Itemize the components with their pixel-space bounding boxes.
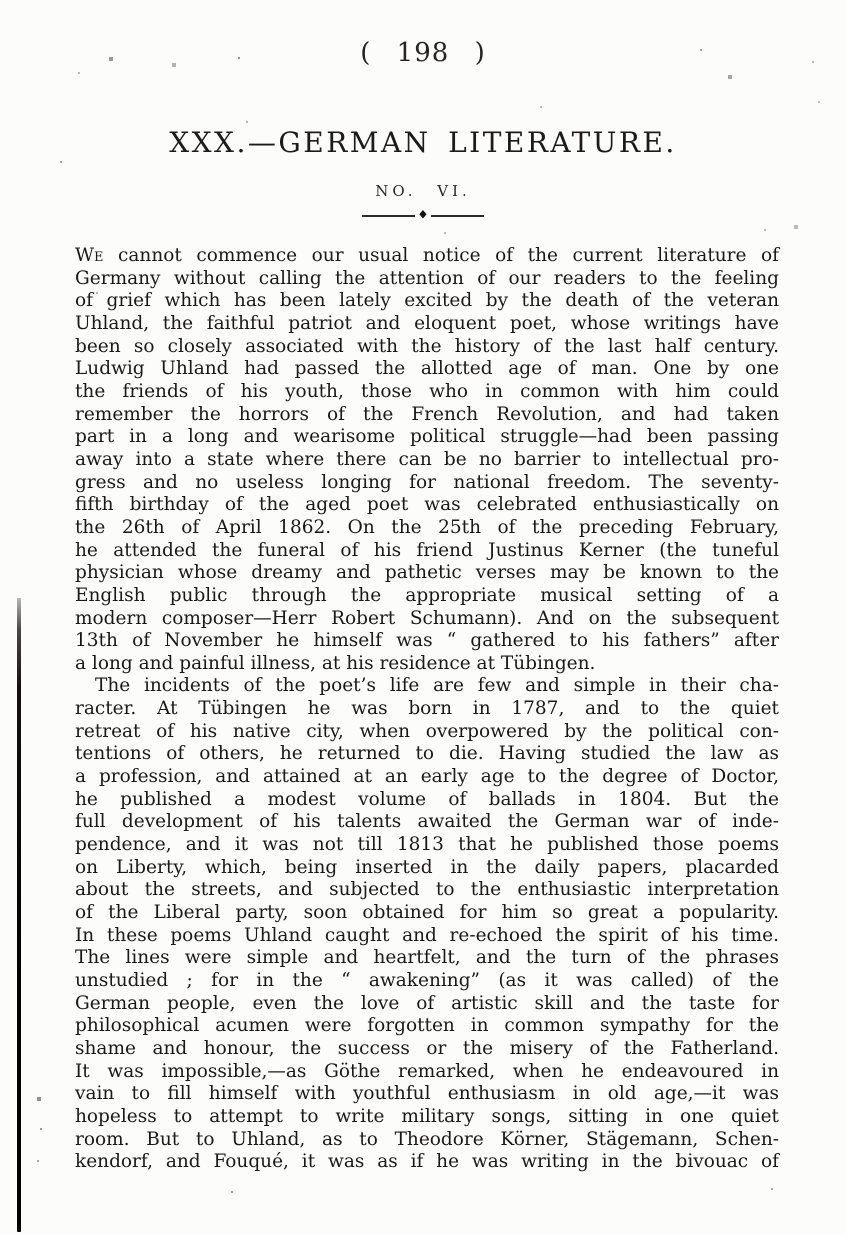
- text-line: been so closely associated with the hist…: [75, 336, 779, 359]
- text-line: pendence, and it was not till 1813 that …: [75, 834, 779, 857]
- text-line: 13th of November he himself was “ gather…: [75, 630, 779, 653]
- text-line: room. But to Uhland, as to Theodore Körn…: [75, 1129, 779, 1152]
- text-line: tentions of others, he returned to die. …: [75, 743, 779, 766]
- text-line: vain to fill himself with youthful enthu…: [75, 1083, 779, 1106]
- text-line: about the streets, and subjected to the …: [75, 879, 779, 902]
- scan-gutter-line: [17, 598, 21, 1232]
- text-line: kendorf, and Fouqué, it was as if he was…: [75, 1151, 779, 1174]
- text-line: racter. At Tübingen he was born in 1787,…: [75, 698, 779, 721]
- text-line: the friends of his youth, those who in c…: [75, 381, 779, 404]
- text-line: remember the horrors of the French Revol…: [75, 404, 779, 427]
- text-line: The lines were simple and heartfelt, and…: [75, 947, 779, 970]
- text-line: he published a modest volume of ballads …: [75, 789, 779, 812]
- text-line: physician whose dreamy and pathetic vers…: [75, 562, 779, 585]
- section-divider: ♦: [0, 209, 846, 222]
- text-block: We cannot commence our usual notice of t…: [75, 245, 779, 1174]
- article-title: XXX.—GERMAN LITERATURE.: [0, 126, 846, 159]
- text-line: retreat of his native city, when overpow…: [75, 721, 779, 744]
- text-line: a long and painful illness, at his resid…: [75, 653, 779, 676]
- text-line: philosophical acumen were forgotten in c…: [75, 1015, 779, 1038]
- text-line: of grief which has been lately excited b…: [75, 290, 779, 313]
- text-line: The incidents of the poet’s life are few…: [75, 675, 779, 698]
- text-line: English public through the appropriate m…: [75, 585, 779, 608]
- text-line: gress and no useless longing for nationa…: [75, 472, 779, 495]
- text-line: on Liberty, which, being inserted in the…: [75, 857, 779, 880]
- text-line: part in a long and wearisome political s…: [75, 426, 779, 449]
- text-line: away into a state where there can be no …: [75, 449, 779, 472]
- divider-rule-left: [362, 215, 415, 217]
- text-line: he attended the funeral of his friend Ju…: [75, 540, 779, 563]
- text-line: Uhland, the faithful patriot and eloquen…: [75, 313, 779, 336]
- divider-rule-right: [431, 215, 484, 217]
- text-line: a profession, and attained at an early a…: [75, 766, 779, 789]
- article-subtitle: NO. VI.: [0, 182, 846, 200]
- text-line: shame and honour, the success or the mis…: [75, 1038, 779, 1061]
- text-line: In these poems Uhland caught and re-echo…: [75, 925, 779, 948]
- text-line: It was impossible,—as Göthe remarked, wh…: [75, 1061, 779, 1084]
- text-line: modern composer—Herr Robert Schumann). A…: [75, 608, 779, 631]
- text-line: full development of his talents awaited …: [75, 811, 779, 834]
- text-line: Ludwig Uhland had passed the allotted ag…: [75, 358, 779, 381]
- divider-diamond-icon: ♦: [417, 210, 429, 222]
- text-line: We cannot commence our usual notice of t…: [75, 245, 779, 268]
- text-line: hopeless to attempt to write military so…: [75, 1106, 779, 1129]
- scanned-page: ( 198 ) XXX.—GERMAN LITERATURE. NO. VI. …: [0, 0, 846, 1235]
- text-line: the 26th of April 1862. On the 25th of t…: [75, 517, 779, 540]
- text-line: fifth birthday of the aged poet was cele…: [75, 494, 779, 517]
- text-line: Germany without calling the attention of…: [75, 268, 779, 291]
- text-line: of the Liberal party, soon obtained for …: [75, 902, 779, 925]
- text-line: German people, even the love of artistic…: [75, 993, 779, 1016]
- small-caps-word: We: [75, 245, 104, 266]
- text-line: unstudied ; for in the “ awakening” (as …: [75, 970, 779, 993]
- scan-speckles: [0, 0, 2, 2]
- page-number: ( 198 ): [0, 38, 846, 68]
